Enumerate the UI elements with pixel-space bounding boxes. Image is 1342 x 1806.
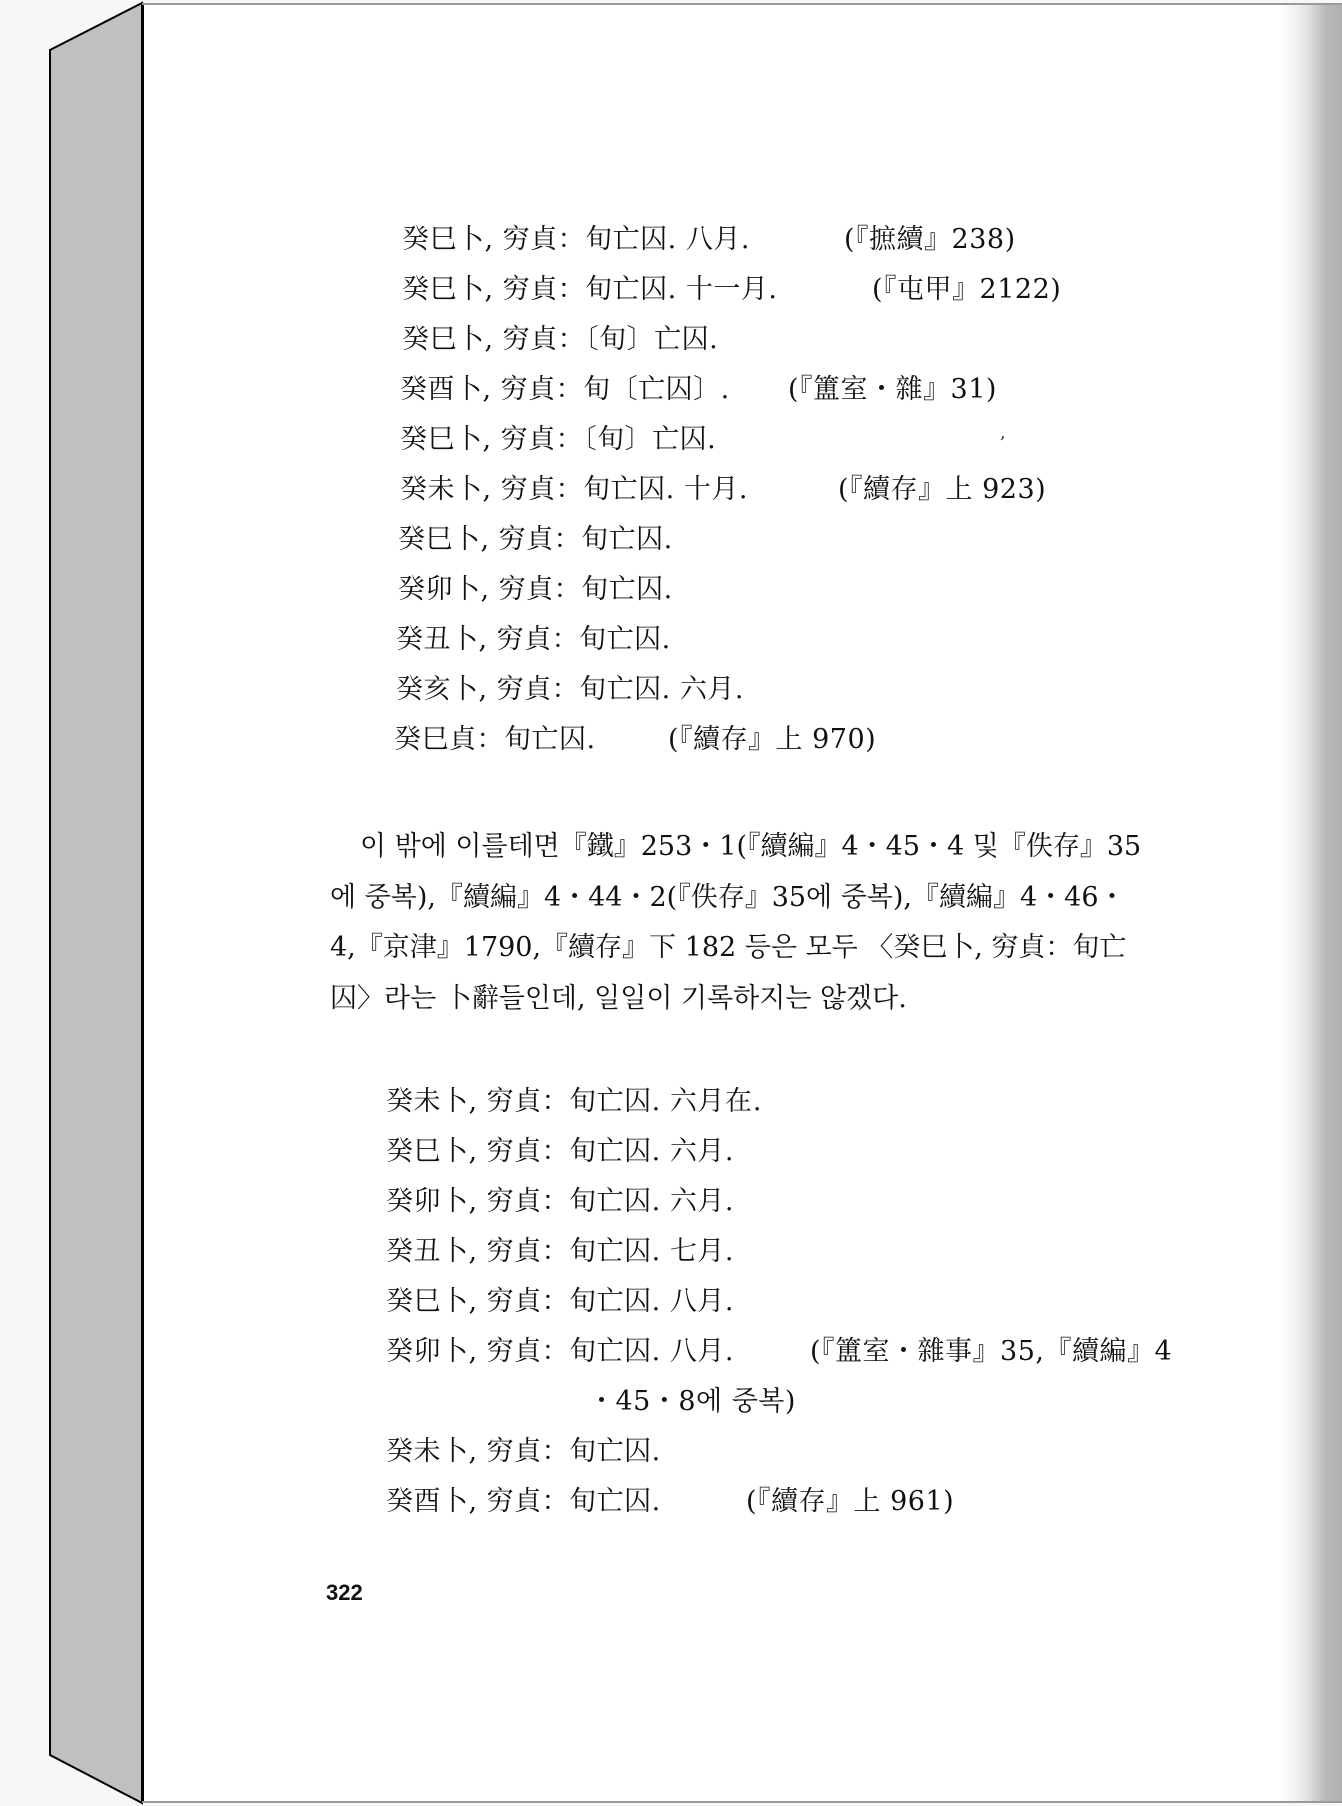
inscription-line: 癸巳卜, 穷貞：旬亡囚. 八月. [386, 1286, 734, 1318]
inscription-line: 癸巳卜, 穷貞：〔旬〕亡囚. [400, 424, 716, 456]
inscription-line: 癸未卜, 穷貞：旬亡囚. 十月.(『續存』上 923) [400, 474, 748, 506]
inscription-line: 癸丑卜, 穷貞：旬亡囚. 七月. [386, 1236, 734, 1268]
inscription-line: 癸卯卜, 穷貞：旬亡囚. 六月. [386, 1186, 734, 1218]
inscription-line: 癸未卜, 穷貞：旬亡囚. [386, 1436, 661, 1468]
body-paragraph: 이 밖에 이를테면『鐵』253・1(『續編』4・45・4 및『佚存』35 에 중… [330, 822, 1190, 1024]
paragraph-line: 에 중복),『續編』4・44・2(『佚存』35에 중복),『續編』4・46・ [330, 873, 1190, 924]
paragraph-line: 4,『京津』1790,『續存』下 182 등은 모두 〈癸巳卜, 穷貞：旬亡 [330, 923, 1190, 974]
paragraph-line: 囚〉라는 卜辭들인데, 일일이 기록하지는 않겠다. [330, 974, 1190, 1025]
inscription-line: 癸未卜, 穷貞：旬亡囚. 六月在𦎫. [386, 1086, 762, 1118]
inscription-line: 癸巳卜, 穷貞：旬亡囚. 八月.(『摭續』238) [402, 224, 750, 256]
inscription-line: 癸酉卜, 穷貞：旬〔亡囚〕.(『簠室・雜』31) [400, 374, 730, 406]
page-number: 322 [326, 1580, 363, 1606]
inscription-line: 癸卯卜, 穷貞：旬亡囚. 八月.(『簠室・雜事』35,『續編』4 [386, 1336, 734, 1368]
inscription-line: 癸巳卜, 穷貞：旬亡囚. 六月. [386, 1136, 734, 1168]
inscription-line-continuation: ・45・8에 중복) [588, 1386, 796, 1418]
inscription-line: 癸巳卜, 穷貞：旬亡囚. 十一月.(『屯甲』2122) [402, 274, 777, 306]
inscription-line: 癸亥卜, 穷貞：旬亡囚. 六月. [396, 674, 744, 706]
inscription-line: 癸酉卜, 穷貞：旬亡囚.(『續存』上 961) [386, 1486, 661, 1518]
inscription-line: 癸卯卜, 穷貞：旬亡囚. [398, 574, 673, 606]
scan-speck: , [1000, 422, 1006, 443]
paragraph-line: 이 밖에 이를테면『鐵』253・1(『續編』4・45・4 및『佚存』35 [330, 822, 1190, 873]
inscription-line: 癸巳貞：旬亡囚.(『續存』上 970) [394, 724, 596, 756]
inscription-line: 癸丑卜, 穷貞：旬亡囚. [396, 624, 671, 656]
inscription-line: 癸巳卜, 穷貞：〔旬〕亡囚. [402, 324, 718, 356]
page-edge [142, 5, 144, 1801]
page-shadow [1280, 5, 1342, 1801]
inscription-line: 癸巳卜, 穷貞：旬亡囚. [398, 524, 673, 556]
